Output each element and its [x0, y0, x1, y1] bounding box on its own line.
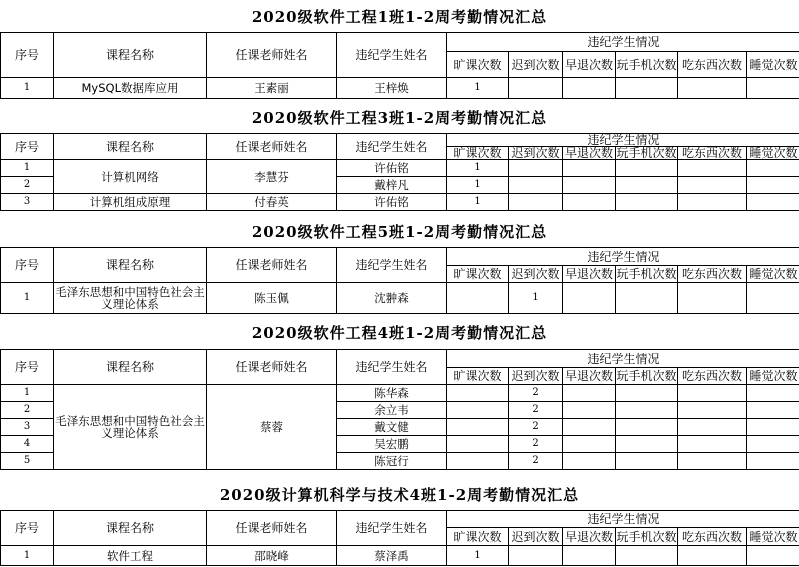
cell-absent — [447, 419, 509, 436]
header-violation-group: 违纪学生情况 — [447, 511, 799, 528]
cell-course: 毛泽东思想和中国特色社会主义理论体系 — [54, 385, 207, 470]
cell-student: 沈翀森 — [337, 283, 447, 314]
cell-student: 陈冠行 — [337, 453, 447, 470]
cell-absent: 1 — [447, 194, 509, 211]
header-teacher: 任课老师姓名 — [207, 248, 337, 283]
header-student: 违纪学生姓名 — [337, 350, 447, 385]
cell-absent — [447, 385, 509, 402]
cell-seq: 1 — [1, 283, 54, 314]
cell-phone — [616, 177, 678, 194]
header-phone: 玩手机次数 — [616, 52, 678, 78]
cell-course: 毛泽东思想和中国特色社会主义理论体系 — [54, 283, 207, 314]
cell-leave-early — [563, 283, 616, 314]
attendance-table: 序号 课程名称 任课老师姓名 违纪学生姓名 违纪学生情况 旷课次数 迟到次数 早… — [0, 133, 799, 211]
header-absent: 旷课次数 — [447, 52, 509, 78]
cell-phone — [616, 160, 678, 177]
header-seq: 序号 — [1, 511, 54, 546]
header-student: 违纪学生姓名 — [337, 511, 447, 546]
header-seq: 序号 — [1, 33, 54, 78]
header-absent: 旷课次数 — [447, 266, 509, 283]
cell-student: 戴梓凡 — [337, 177, 447, 194]
cell-leave-early — [563, 402, 616, 419]
header-late: 迟到次数 — [509, 368, 563, 385]
cell-seq: 1 — [1, 546, 54, 566]
cell-absent — [447, 283, 509, 314]
cell-late — [509, 194, 563, 211]
attendance-table: 序号 课程名称 任课老师姓名 违纪学生姓名 违纪学生情况 旷课次数 迟到次数 早… — [0, 510, 799, 566]
header-absent: 旷课次数 — [447, 147, 509, 160]
cell-student: 许佑铭 — [337, 160, 447, 177]
cell-late: 2 — [509, 402, 563, 419]
cell-late — [509, 177, 563, 194]
header-teacher: 任课老师姓名 — [207, 350, 337, 385]
cell-phone — [616, 546, 678, 566]
table-row: 3 计算机组成原理 付春英 许佑铭 1 — [1, 194, 799, 211]
cell-late — [509, 78, 563, 99]
section-title: 2020级计算机科学与技术4班1-2周考勤情况汇总 — [0, 484, 799, 505]
table-row: 1 毛泽东思想和中国特色社会主义理论体系 陈玉佩 沈翀森 1 — [1, 283, 799, 314]
cell-phone — [616, 402, 678, 419]
header-seq: 序号 — [1, 248, 54, 283]
cell-leave-early — [563, 546, 616, 566]
cell-sleeping — [747, 78, 799, 99]
cell-eating — [678, 283, 747, 314]
cell-eating — [678, 78, 747, 99]
cell-student: 陈华森 — [337, 385, 447, 402]
header-leave-early: 早退次数 — [563, 528, 616, 546]
cell-absent: 1 — [447, 177, 509, 194]
cell-student: 许佑铭 — [337, 194, 447, 211]
cell-phone — [616, 194, 678, 211]
header-eating: 吃东西次数 — [678, 266, 747, 283]
cell-sleeping — [747, 177, 799, 194]
cell-leave-early — [563, 436, 616, 453]
header-teacher: 任课老师姓名 — [207, 511, 337, 546]
cell-eating — [678, 160, 747, 177]
header-eating: 吃东西次数 — [678, 52, 747, 78]
header-phone: 玩手机次数 — [616, 368, 678, 385]
cell-eating — [678, 194, 747, 211]
header-leave-early: 早退次数 — [563, 368, 616, 385]
header-late: 迟到次数 — [509, 147, 563, 160]
cell-eating — [678, 177, 747, 194]
header-course: 课程名称 — [54, 248, 207, 283]
cell-leave-early — [563, 194, 616, 211]
cell-absent: 1 — [447, 78, 509, 99]
header-eating: 吃东西次数 — [678, 368, 747, 385]
header-late: 迟到次数 — [509, 266, 563, 283]
header-eating: 吃东西次数 — [678, 528, 747, 546]
cell-leave-early — [563, 419, 616, 436]
cell-sleeping — [747, 160, 799, 177]
cell-course: 软件工程 — [54, 546, 207, 566]
cell-phone — [616, 436, 678, 453]
cell-phone — [616, 78, 678, 99]
cell-seq: 1 — [1, 385, 54, 402]
cell-seq: 1 — [1, 160, 54, 177]
table-row: 1 计算机网络 李慧芬 许佑铭 1 — [1, 160, 799, 177]
section-title: 2020级软件工程4班1-2周考勤情况汇总 — [0, 322, 799, 343]
header-teacher: 任课老师姓名 — [207, 134, 337, 160]
header-course: 课程名称 — [54, 33, 207, 78]
cell-eating — [678, 436, 747, 453]
header-violation-group: 违纪学生情况 — [447, 248, 799, 266]
header-leave-early: 早退次数 — [563, 266, 616, 283]
attendance-table: 序号 课程名称 任课老师姓名 违纪学生姓名 违纪学生情况 旷课次数 迟到次数 早… — [0, 349, 799, 470]
cell-late: 2 — [509, 453, 563, 470]
section-title: 2020级软件工程3班1-2周考勤情况汇总 — [0, 107, 799, 128]
cell-sleeping — [747, 546, 799, 566]
cell-eating — [678, 453, 747, 470]
header-absent: 旷课次数 — [447, 528, 509, 546]
cell-late — [509, 160, 563, 177]
cell-student: 戴文健 — [337, 419, 447, 436]
cell-teacher: 陈玉佩 — [207, 283, 337, 314]
header-violation-group: 违纪学生情况 — [447, 350, 799, 368]
cell-phone — [616, 283, 678, 314]
header-phone: 玩手机次数 — [616, 528, 678, 546]
cell-absent — [447, 402, 509, 419]
cell-student: 吴宏鹏 — [337, 436, 447, 453]
cell-seq: 2 — [1, 177, 54, 194]
header-sleeping: 睡觉次数 — [747, 147, 799, 160]
cell-late: 2 — [509, 419, 563, 436]
attendance-table: 序号 课程名称 任课老师姓名 违纪学生姓名 违纪学生情况 旷课次数 迟到次数 早… — [0, 32, 799, 99]
header-course: 课程名称 — [54, 134, 207, 160]
cell-eating — [678, 402, 747, 419]
cell-seq: 1 — [1, 78, 54, 99]
header-violation-group: 违纪学生情况 — [447, 134, 799, 147]
cell-absent — [447, 436, 509, 453]
cell-course: 计算机组成原理 — [54, 194, 207, 211]
header-seq: 序号 — [1, 350, 54, 385]
cell-student: 余立韦 — [337, 402, 447, 419]
cell-late: 2 — [509, 436, 563, 453]
cell-eating — [678, 385, 747, 402]
header-leave-early: 早退次数 — [563, 52, 616, 78]
header-phone: 玩手机次数 — [616, 147, 678, 160]
cell-phone — [616, 385, 678, 402]
cell-leave-early — [563, 385, 616, 402]
header-seq: 序号 — [1, 134, 54, 160]
cell-sleeping — [747, 283, 799, 314]
header-sleeping: 睡觉次数 — [747, 528, 799, 546]
section-title: 2020级软件工程5班1-2周考勤情况汇总 — [0, 221, 799, 242]
header-sleeping: 睡觉次数 — [747, 368, 799, 385]
cell-seq: 5 — [1, 453, 54, 470]
cell-eating — [678, 546, 747, 566]
cell-course: MySQL数据库应用 — [54, 78, 207, 99]
cell-teacher: 付春英 — [207, 194, 337, 211]
header-sleeping: 睡觉次数 — [747, 266, 799, 283]
cell-leave-early — [563, 177, 616, 194]
header-eating: 吃东西次数 — [678, 147, 747, 160]
header-student: 违纪学生姓名 — [337, 134, 447, 160]
cell-leave-early — [563, 453, 616, 470]
cell-sleeping — [747, 385, 799, 402]
cell-sleeping — [747, 436, 799, 453]
attendance-table: 序号 课程名称 任课老师姓名 违纪学生姓名 违纪学生情况 旷课次数 迟到次数 早… — [0, 247, 799, 314]
header-course: 课程名称 — [54, 511, 207, 546]
cell-phone — [616, 453, 678, 470]
cell-phone — [616, 419, 678, 436]
header-course: 课程名称 — [54, 350, 207, 385]
header-late: 迟到次数 — [509, 52, 563, 78]
header-violation-group: 违纪学生情况 — [447, 33, 799, 52]
cell-teacher: 王素丽 — [207, 78, 337, 99]
cell-sleeping — [747, 194, 799, 211]
cell-leave-early — [563, 160, 616, 177]
cell-teacher: 邵晓峰 — [207, 546, 337, 566]
table-row: 1 毛泽东思想和中国特色社会主义理论体系 蔡蓉 陈华森 2 — [1, 385, 799, 402]
cell-absent: 1 — [447, 160, 509, 177]
header-student: 违纪学生姓名 — [337, 248, 447, 283]
cell-seq: 3 — [1, 419, 54, 436]
cell-late: 1 — [509, 283, 563, 314]
header-student: 违纪学生姓名 — [337, 33, 447, 78]
cell-late — [509, 546, 563, 566]
cell-sleeping — [747, 402, 799, 419]
header-teacher: 任课老师姓名 — [207, 33, 337, 78]
cell-seq: 3 — [1, 194, 54, 211]
cell-absent: 1 — [447, 546, 509, 566]
cell-sleeping — [747, 453, 799, 470]
cell-seq: 2 — [1, 402, 54, 419]
cell-student: 蔡泽禹 — [337, 546, 447, 566]
cell-teacher: 蔡蓉 — [207, 385, 337, 470]
cell-teacher: 李慧芬 — [207, 160, 337, 194]
header-late: 迟到次数 — [509, 528, 563, 546]
cell-sleeping — [747, 419, 799, 436]
header-absent: 旷课次数 — [447, 368, 509, 385]
cell-absent — [447, 453, 509, 470]
header-phone: 玩手机次数 — [616, 266, 678, 283]
cell-seq: 4 — [1, 436, 54, 453]
cell-late: 2 — [509, 385, 563, 402]
section-title: 2020级软件工程1班1-2周考勤情况汇总 — [0, 6, 799, 27]
table-row: 1 软件工程 邵晓峰 蔡泽禹 1 — [1, 546, 799, 566]
header-sleeping: 睡觉次数 — [747, 52, 799, 78]
header-leave-early: 早退次数 — [563, 147, 616, 160]
cell-course: 计算机网络 — [54, 160, 207, 194]
table-row: 1 MySQL数据库应用 王素丽 王梓焕 1 — [1, 78, 799, 99]
cell-eating — [678, 419, 747, 436]
cell-student: 王梓焕 — [337, 78, 447, 99]
cell-leave-early — [563, 78, 616, 99]
